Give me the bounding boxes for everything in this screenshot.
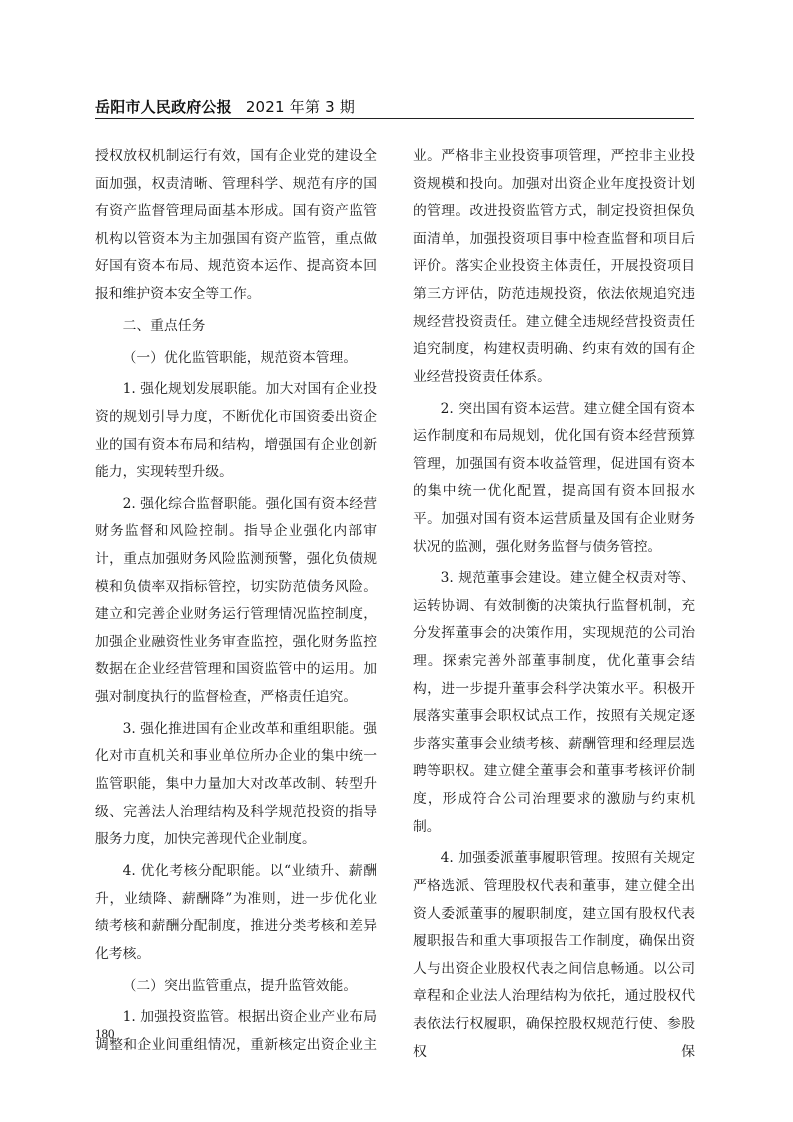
left-column: 授权放权机制运行有效，国有企业党的建设全面加强，权责清晰、管理科学、规范有序的国… [95,143,377,1064]
subsection-heading-2: （二）突出监管重点，提升监管效能。 [95,973,377,1001]
paragraph-intro-continuation: 授权放权机制运行有效，国有企业党的建设全面加强，权责清晰、管理科学、规范有序的国… [95,143,377,309]
paragraph-item: 3. 规范董事会建设。建立健全权责对等、运转协调、有效制衡的决策执行监督机制，充… [413,565,695,841]
paragraph-item: 1. 加强投资监管。根据出资企业产业布局调整和企业间重组情况，重新核定出资企业主 [95,1004,377,1059]
paragraph-item: 2. 强化综合监督职能。强化国有资本经营财务监督和风险控制。指导企业强化内部审计… [95,491,377,712]
paragraph-continuation: 业。严格非主业投资事项管理，严控非主业投资规模和投向。加强对出资企业年度投资计划… [413,143,695,391]
paragraph-item: 1. 强化规划发展职能。加大对国有企业投资的规划引导力度，不断优化市国资委出资企… [95,376,377,486]
header-title: 岳阳市人民政府公报2021 年第 3 期 [95,96,355,117]
section-heading-key-tasks: 二、重点任务 [95,313,377,341]
paragraph-item: 4. 优化考核分配职能。以“业绩升、薪酬升，业绩降、薪酬降”为准则，进一步优化业… [95,858,377,968]
paragraph-item: 3. 强化推进国有企业改革和重组职能。强化对市直机关和事业单位所办企业的集中统一… [95,716,377,854]
paragraph-item: 2. 突出国有资本运营。建立健全国有资本运作制度和布局规划，优化国有资本经营预算… [413,396,695,562]
paragraph-item: 4. 加强委派董事履职管理。按照有关规定严格选派、管理股权代表和董事，建立健全出… [413,845,695,1066]
subsection-heading-1: （一）优化监管职能，规范资本管理。 [95,345,377,373]
running-header: 岳阳市人民政府公报2021 年第 3 期 [95,96,694,119]
publication-name: 岳阳市人民政府公报 [95,98,232,116]
issue-number: 2021 年第 3 期 [246,98,355,116]
page-number: 180 [95,1026,115,1042]
right-column: 业。严格非主业投资事项管理，严控非主业投资规模和投向。加强对出资企业年度投资计划… [413,143,695,1070]
